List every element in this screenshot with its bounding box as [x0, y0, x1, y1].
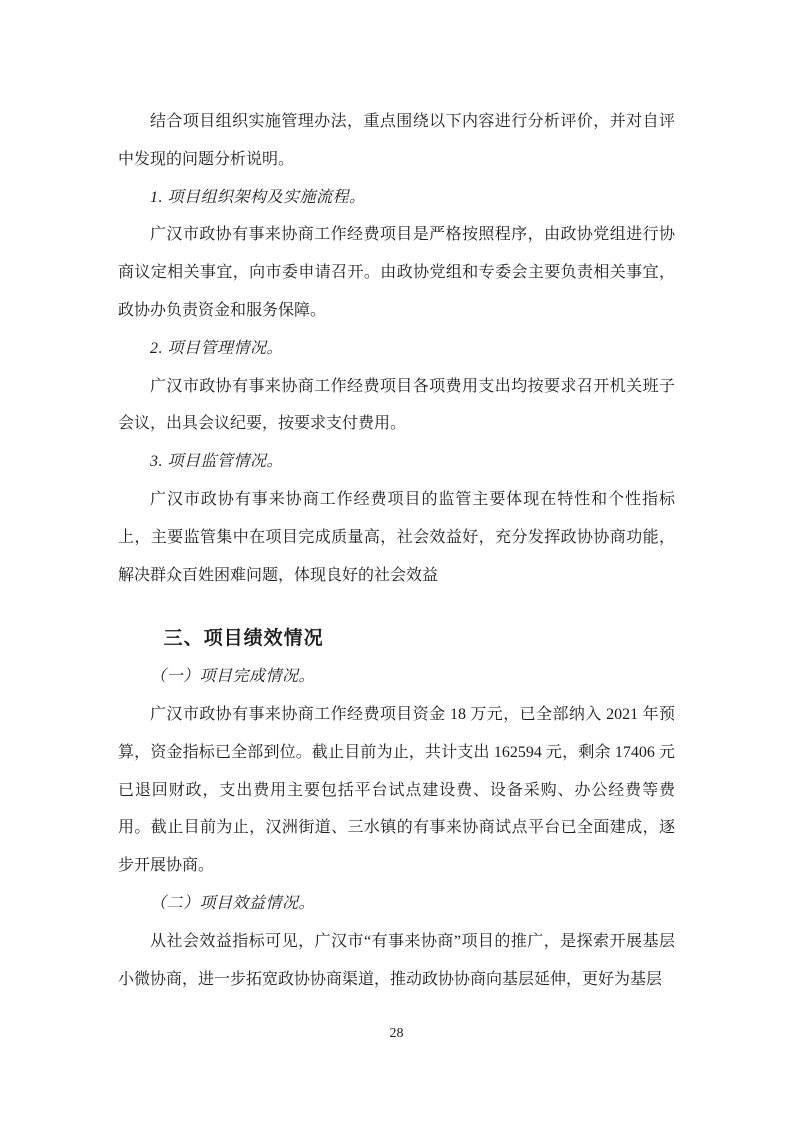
paragraph-benefit: 从社会效益指标可见，广汉市“有事来协商”项目的推广，是探索开展基层小微协商，进一… [118, 923, 675, 999]
paragraph-management: 广汉市政协有事来协商工作经费项目各项费用支出均按要求召开机关班子会议，出具会议纪… [118, 368, 675, 444]
section-heading-performance: 三、项目绩效情况 [118, 620, 675, 658]
subheading-supervision: 3. 项目监管情况。 [118, 443, 675, 481]
subheading-management: 2. 项目管理情况。 [118, 330, 675, 368]
paragraph-org-structure: 广汉市政协有事来协商工作经费项目是严格按照程序，由政协党组进行协商议定相关事宜，… [118, 216, 675, 329]
page-number: 28 [0, 1024, 793, 1044]
paragraph-analysis-intro: 结合项目组织实施管理办法，重点围绕以下内容进行分析评价，并对自评中发现的问题分析… [118, 103, 675, 179]
paragraph-supervision: 广汉市政协有事来协商工作经费项目的监管主要体现在特性和个性指标上，主要监管集中在… [118, 481, 675, 594]
paragraph-completion: 广汉市政协有事来协商工作经费项目资金 18 万元，已全部纳入 2021 年预算，… [118, 696, 675, 885]
subheading-benefit: （二）项目效益情况。 [118, 885, 675, 923]
subheading-org-structure: 1. 项目组织架构及实施流程。 [118, 179, 675, 217]
subheading-completion: （一）项目完成情况。 [118, 658, 675, 696]
document-page: 结合项目组织实施管理办法，重点围绕以下内容进行分析评价，并对自评中发现的问题分析… [0, 0, 793, 1122]
document-body: 结合项目组织实施管理办法，重点围绕以下内容进行分析评价，并对自评中发现的问题分析… [118, 103, 675, 998]
